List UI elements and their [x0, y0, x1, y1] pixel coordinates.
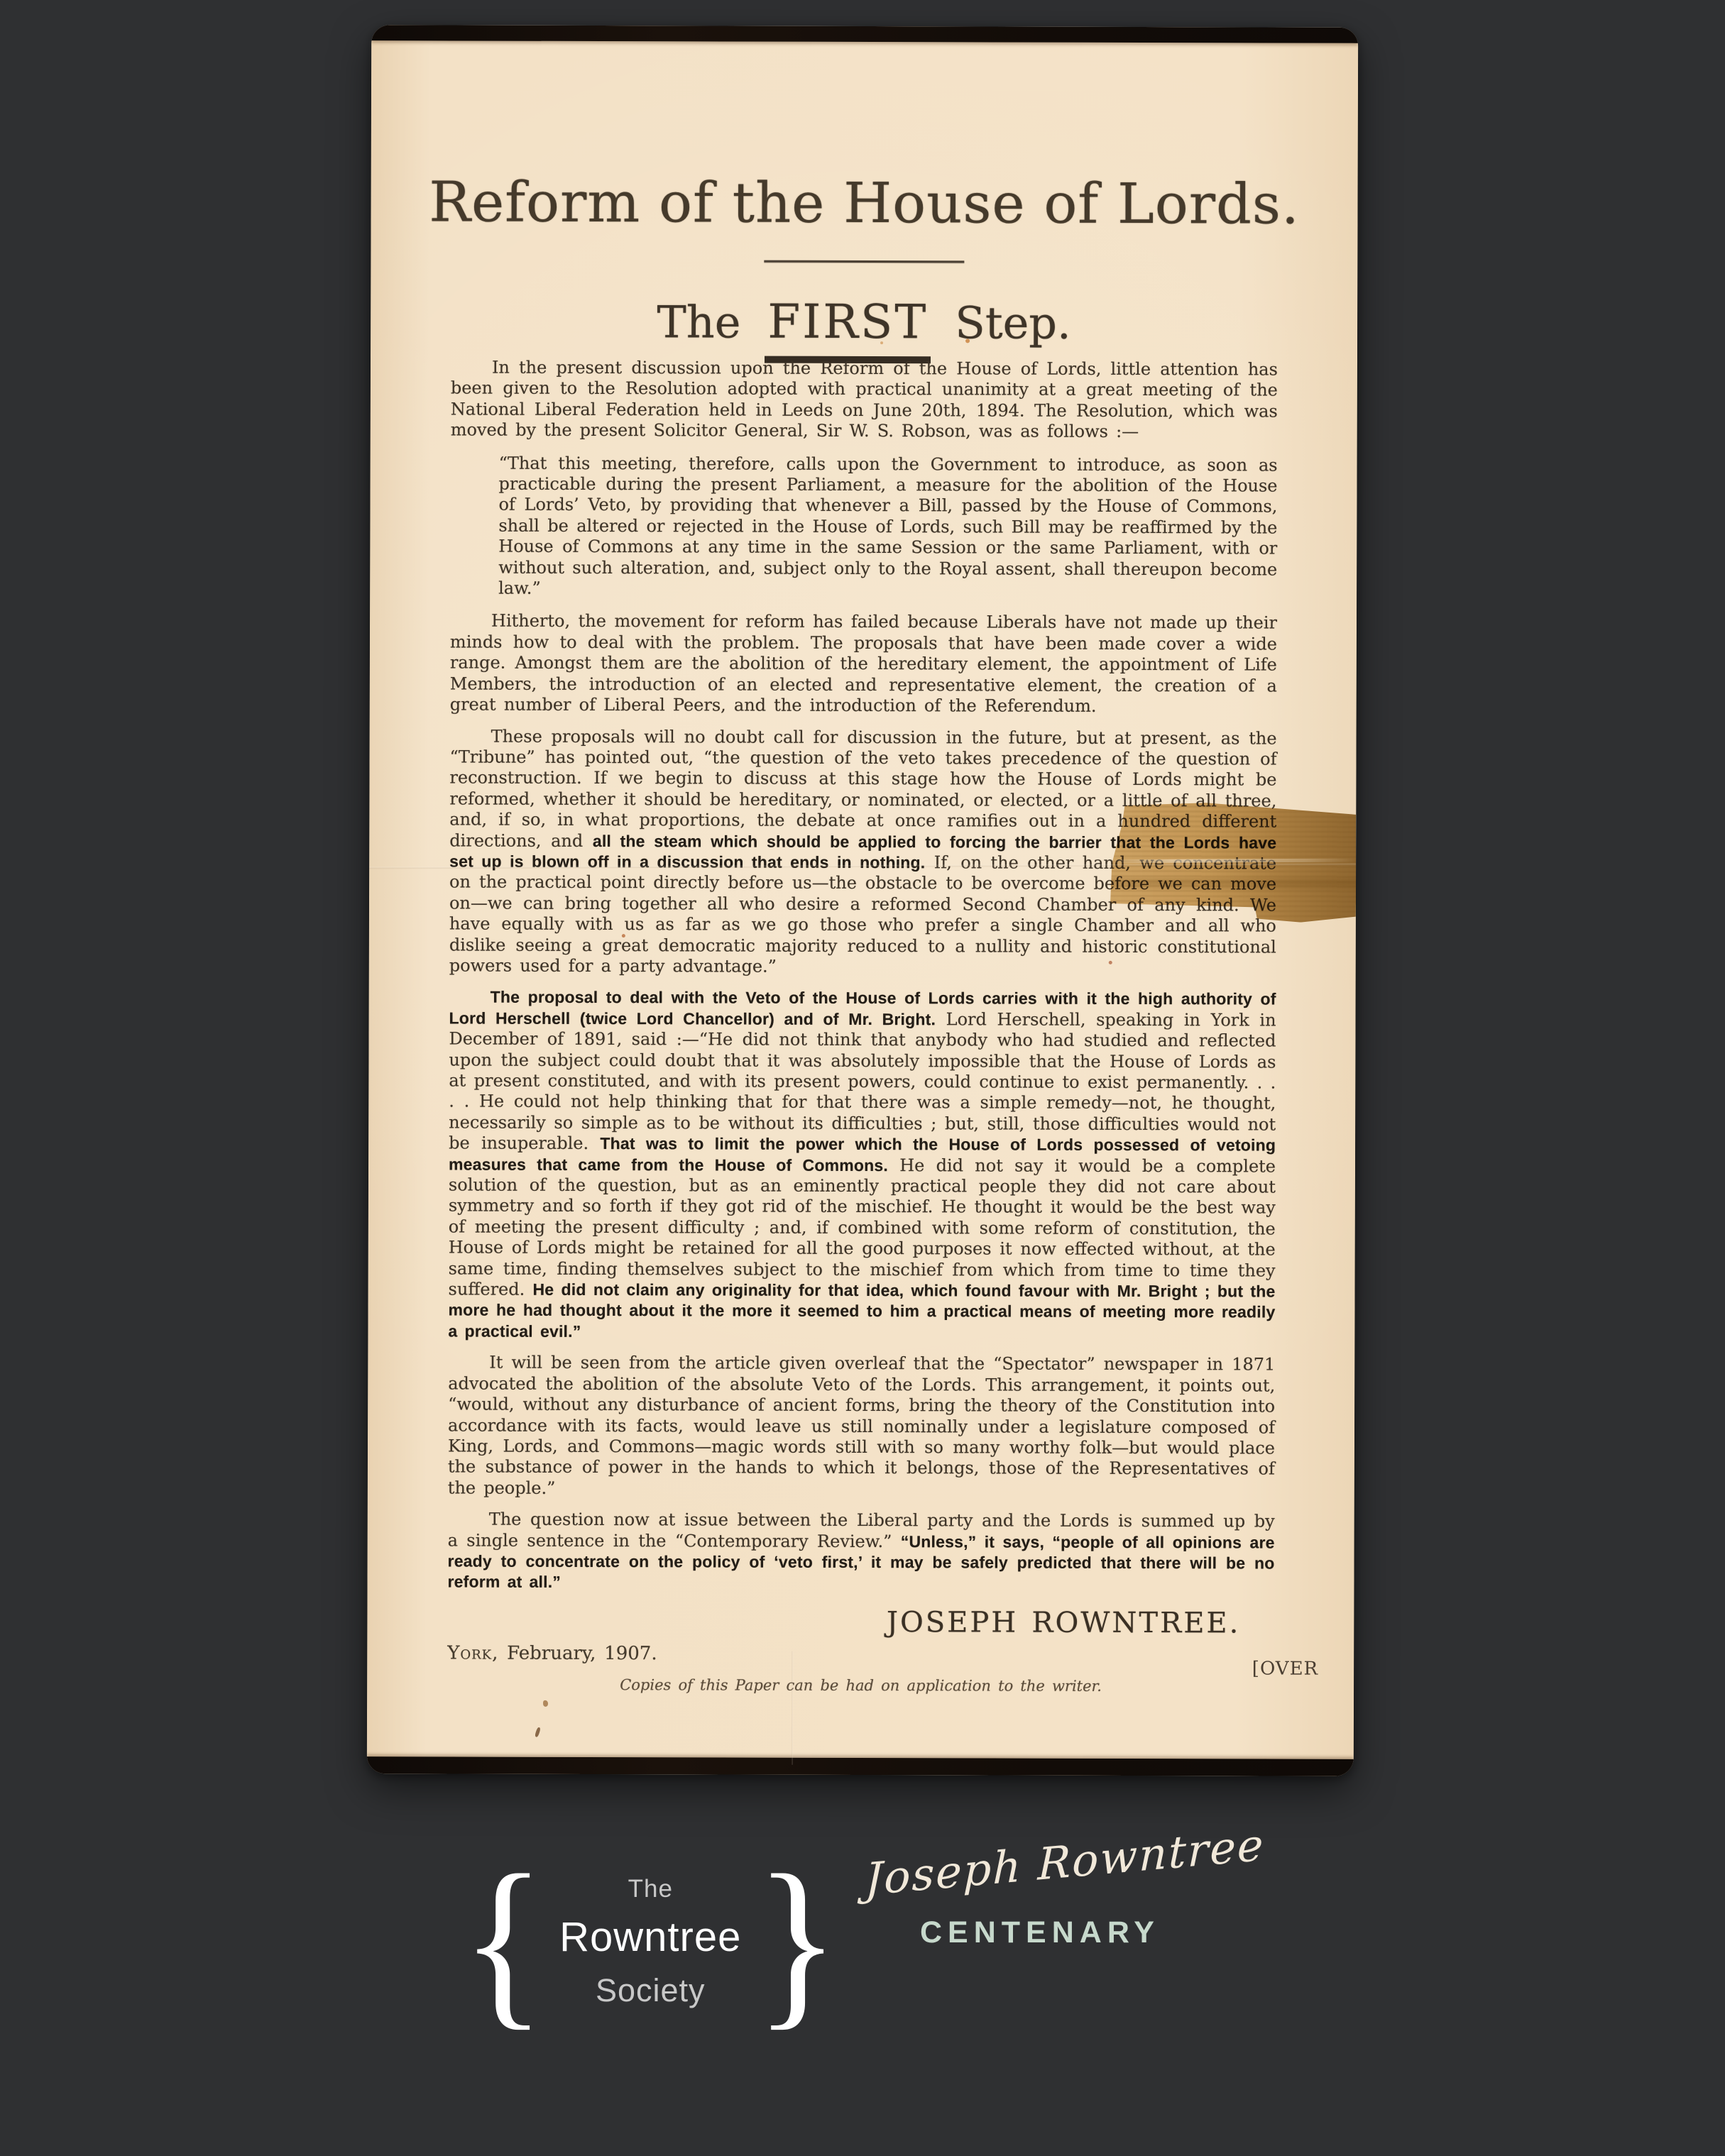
pamphlet-page: Reform of the House of Lords. The FIRST …: [367, 25, 1358, 1776]
body-paragraph: The proposal to deal with the Veto of th…: [448, 987, 1276, 1344]
dateline: York, February, 1907.: [447, 1644, 1274, 1666]
dateline-place: York,: [447, 1643, 498, 1664]
page-bottom-edge-shadow: [367, 1756, 1354, 1776]
body-paragraph: The question now at issue between the Li…: [447, 1509, 1274, 1595]
paper-speck: [622, 934, 625, 937]
paper-speck: [1109, 961, 1112, 964]
society-line-rowntree: Rowntree: [555, 1913, 745, 1961]
title-divider-rule: [764, 260, 964, 263]
fold-crease-vertical: [792, 1651, 793, 1765]
subtitle-word-the: The: [657, 296, 740, 348]
text-run: Hitherto, the movement for reform has fa…: [450, 611, 1277, 716]
joseph-rowntree-centenary-logo: Joseph Rowntree CENTENARY: [865, 1854, 1205, 1950]
author-signature: JOSEPH ROWNTREE.: [447, 1611, 1274, 1634]
bold-text-run: He did not claim any originality for tha…: [448, 1280, 1275, 1341]
copies-note: Copies of this Paper can be had on appli…: [447, 1674, 1274, 1697]
text-run: “That this meeting, therefore, calls upo…: [498, 453, 1278, 598]
document-body: In the present discussion upon the Refor…: [447, 357, 1278, 1697]
page-subtitle: The FIRST Step.: [371, 293, 1357, 365]
text-run: It will be seen from the article given o…: [448, 1353, 1276, 1498]
subtitle-word-step: Step.: [955, 297, 1071, 348]
body-paragraph: Hitherto, the movement for reform has fa…: [450, 611, 1277, 717]
paper-speck: [880, 341, 883, 344]
text-run: In the present discussion upon the Refor…: [451, 358, 1278, 442]
joseph-rowntree-signature: Joseph Rowntree: [865, 1824, 1205, 1905]
paragraph-list: In the present discussion upon the Refor…: [447, 357, 1278, 1595]
text-run: He did not say it would be a complete so…: [449, 1155, 1276, 1299]
page-title: Reform of the House of Lords.: [371, 170, 1357, 237]
dateline-date: February, 1907.: [498, 1643, 657, 1665]
rowntree-society-logo: { The Rowntree Society }: [463, 1842, 838, 2041]
body-paragraph: It will be seen from the article given o…: [448, 1353, 1276, 1501]
text-run: Lord Herschell, speaking in York in Dece…: [449, 1009, 1276, 1153]
subtitle-word-first-underlined: FIRST: [765, 295, 931, 364]
paper-speck: [965, 339, 970, 343]
paper-speck: [535, 1727, 541, 1737]
brace-left-icon: {: [461, 1830, 546, 2053]
paper-speck: [543, 1700, 548, 1707]
centenary-label: CENTENARY: [920, 1915, 1205, 1950]
society-line-the: The: [555, 1875, 745, 1903]
page-top-edge-shadow: [371, 25, 1358, 43]
block-quote: “That this meeting, therefore, calls upo…: [450, 453, 1278, 601]
society-line-society: Society: [555, 1972, 745, 2009]
over-marker: [OVER: [1252, 1658, 1318, 1679]
body-paragraph: In the present discussion upon the Refor…: [451, 357, 1278, 443]
footer-logos: { The Rowntree Society } Joseph Rowntree…: [0, 1817, 1725, 2156]
photo-background: Reform of the House of Lords. The FIRST …: [0, 0, 1725, 2156]
society-logo-text: The Rowntree Society: [555, 1875, 745, 2009]
brace-right-icon: }: [755, 1830, 840, 2053]
